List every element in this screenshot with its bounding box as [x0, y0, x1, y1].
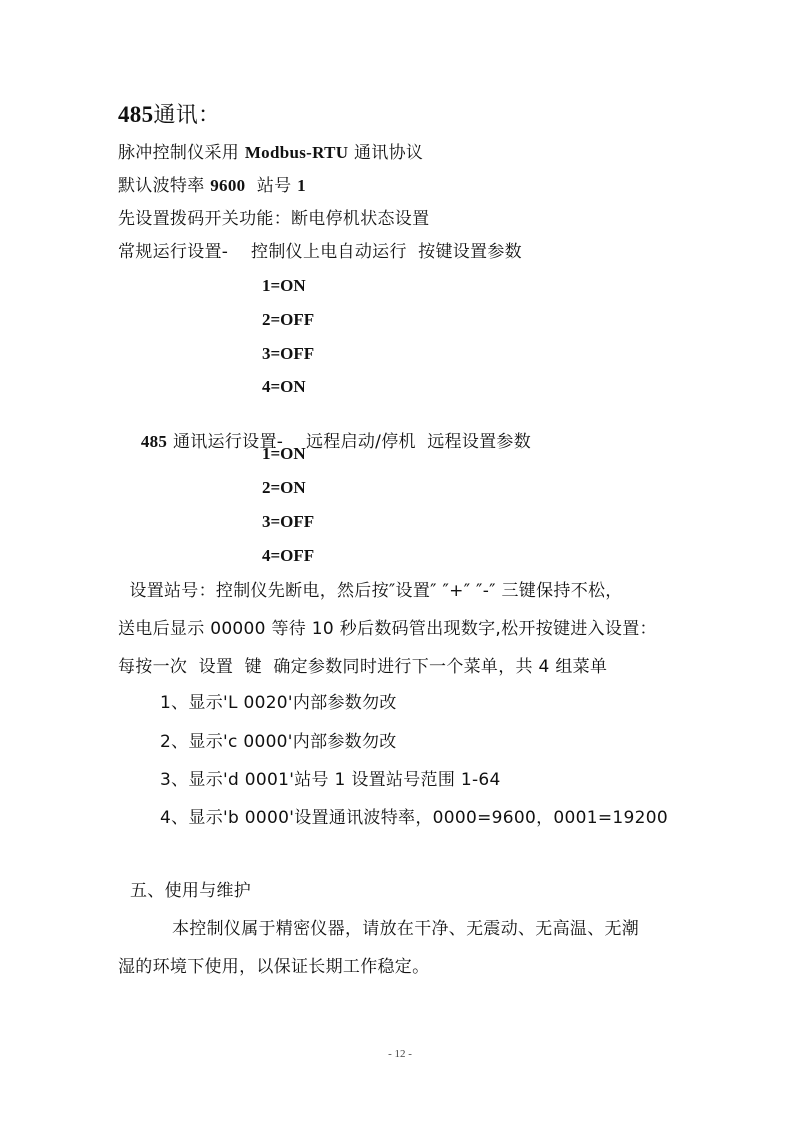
protocol-prefix: 脉冲控制仪采用: [118, 143, 245, 163]
set-station-line-1: 设置站号：控制仪先断电，然后按″设置″ ″+″ ″-″ 三键保持不松，: [118, 580, 623, 602]
comm-switch-4: 4=OFF: [262, 545, 314, 567]
menu-item-4: 4、显示'b 0000'设置通讯波特率，0000=9600，0001=19200: [160, 807, 668, 829]
comm-switch-3: 3=OFF: [262, 511, 314, 533]
section-heading-maintenance: 五、使用与维护: [130, 880, 251, 902]
comm-switch-2: 2=ON: [262, 477, 306, 499]
normal-switch-2: 2=OFF: [262, 309, 314, 331]
baud-value: 9600: [210, 176, 245, 195]
station-value: 1: [297, 176, 306, 195]
heading-text: 通讯：: [153, 103, 220, 128]
menu-item-3: 3、显示'd 0001'站号 1 设置站号范围 1-64: [160, 769, 501, 791]
set-station-line-3: 每按一次 设置 键 确定参数同时进行下一个菜单，共 4 组菜单: [118, 656, 607, 678]
normal-switch-3: 3=OFF: [262, 343, 314, 365]
set-station-line-2: 送电后显示 00000 等待 10 秒后数码管出现数字,松开按键进入设置：: [118, 618, 657, 640]
dip-intro: 先设置拨码开关功能：断电停机状态设置: [118, 208, 429, 230]
protocol-suffix: 通讯协议: [348, 143, 423, 163]
maintenance-paragraph-line-1: 本控制仪属于精密仪器，请放在干净、无震动、无高温、无潮: [172, 918, 639, 940]
baud-label: 默认波特率: [118, 176, 210, 196]
comm-title-number: 485: [141, 432, 167, 451]
normal-switch-4: 4=ON: [262, 376, 306, 398]
section-heading-485: 485通讯：: [118, 101, 220, 130]
baud-line: 默认波特率 9600 站号 1: [118, 175, 306, 197]
heading-number: 485: [118, 102, 153, 127]
menu-item-1: 1、显示'L 0020'内部参数勿改: [160, 692, 397, 714]
menu-item-2: 2、显示'c 0000'内部参数勿改: [160, 731, 397, 753]
normal-switch-1: 1=ON: [262, 275, 306, 297]
maintenance-paragraph-line-2: 湿的环境下使用，以保证长期工作稳定。: [118, 956, 429, 978]
normal-mode-title: 常规运行设置- 控制仪上电自动运行 按键设置参数: [118, 241, 522, 263]
protocol-line: 脉冲控制仪采用 Modbus-RTU 通讯协议: [118, 142, 423, 164]
document-page: 485通讯： 脉冲控制仪采用 Modbus-RTU 通讯协议 默认波特率 960…: [0, 0, 800, 1130]
comm-mode-title: 485 通讯运行设置- 远程启动/停机 远程设置参数: [118, 409, 531, 475]
comm-switch-1: 1=ON: [262, 443, 306, 465]
comm-title-text: 通讯运行设置- 远程启动/停机 远程设置参数: [167, 432, 531, 452]
page-number: - 12 -: [0, 1048, 800, 1060]
protocol-name: Modbus-RTU: [245, 143, 348, 162]
station-label: 站号: [245, 176, 297, 196]
